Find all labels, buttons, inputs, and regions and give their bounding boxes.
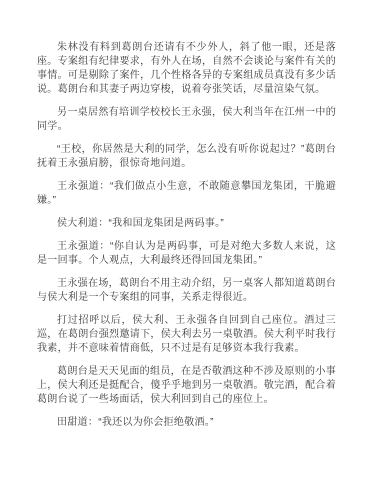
paragraph-2: 另一桌居然有培训学校校长王永强，侯大利当年在江州一中的同学。 [37,106,336,134]
paragraph-6: 王永强道：“你自认为是两码事，可是对绝大多数人来说，这是一回事。个人观点，大利最… [37,240,336,268]
paragraph-7: 王永强在场，葛朗台不用主动介绍，另一桌客人都知道葛朗台与侯大利是一个专案组的同事… [37,277,336,305]
paragraph-5: 侯大利道：“我和国龙集团是两码事。” [37,217,336,231]
paragraph-1: 朱林没有料到葛朗台还请有不少外人，斜了他一眼，还是落座。专案组有纪律要求，有外人… [37,41,336,97]
paragraph-3: “王校，你居然是大利的同学，怎么没有听你说起过？”葛朗台抚着王永强肩膀，很惊奇地… [37,143,336,171]
paragraph-10: 田甜道：“我还以为你会拒绝敬酒。” [37,416,336,430]
paragraph-9: 葛朗台是天天见面的组员，在是否敬酒这种不涉及原则的小事上，侯大利还是挺配合，傻乎… [37,365,336,407]
paragraph-4: 王永强道：“我们做点小生意，不敢随意攀国龙集团，干脆避嫌。” [37,180,336,208]
reader-page: 朱林没有料到葛朗台还请有不少外人，斜了他一眼，还是落座。专案组有纪律要求，有外人… [0,0,370,480]
paragraph-8: 打过招呼以后，侯大利、王永强各自回到自己座位。酒过三巡，在葛朗台强烈邀请下，侯大… [37,314,336,356]
